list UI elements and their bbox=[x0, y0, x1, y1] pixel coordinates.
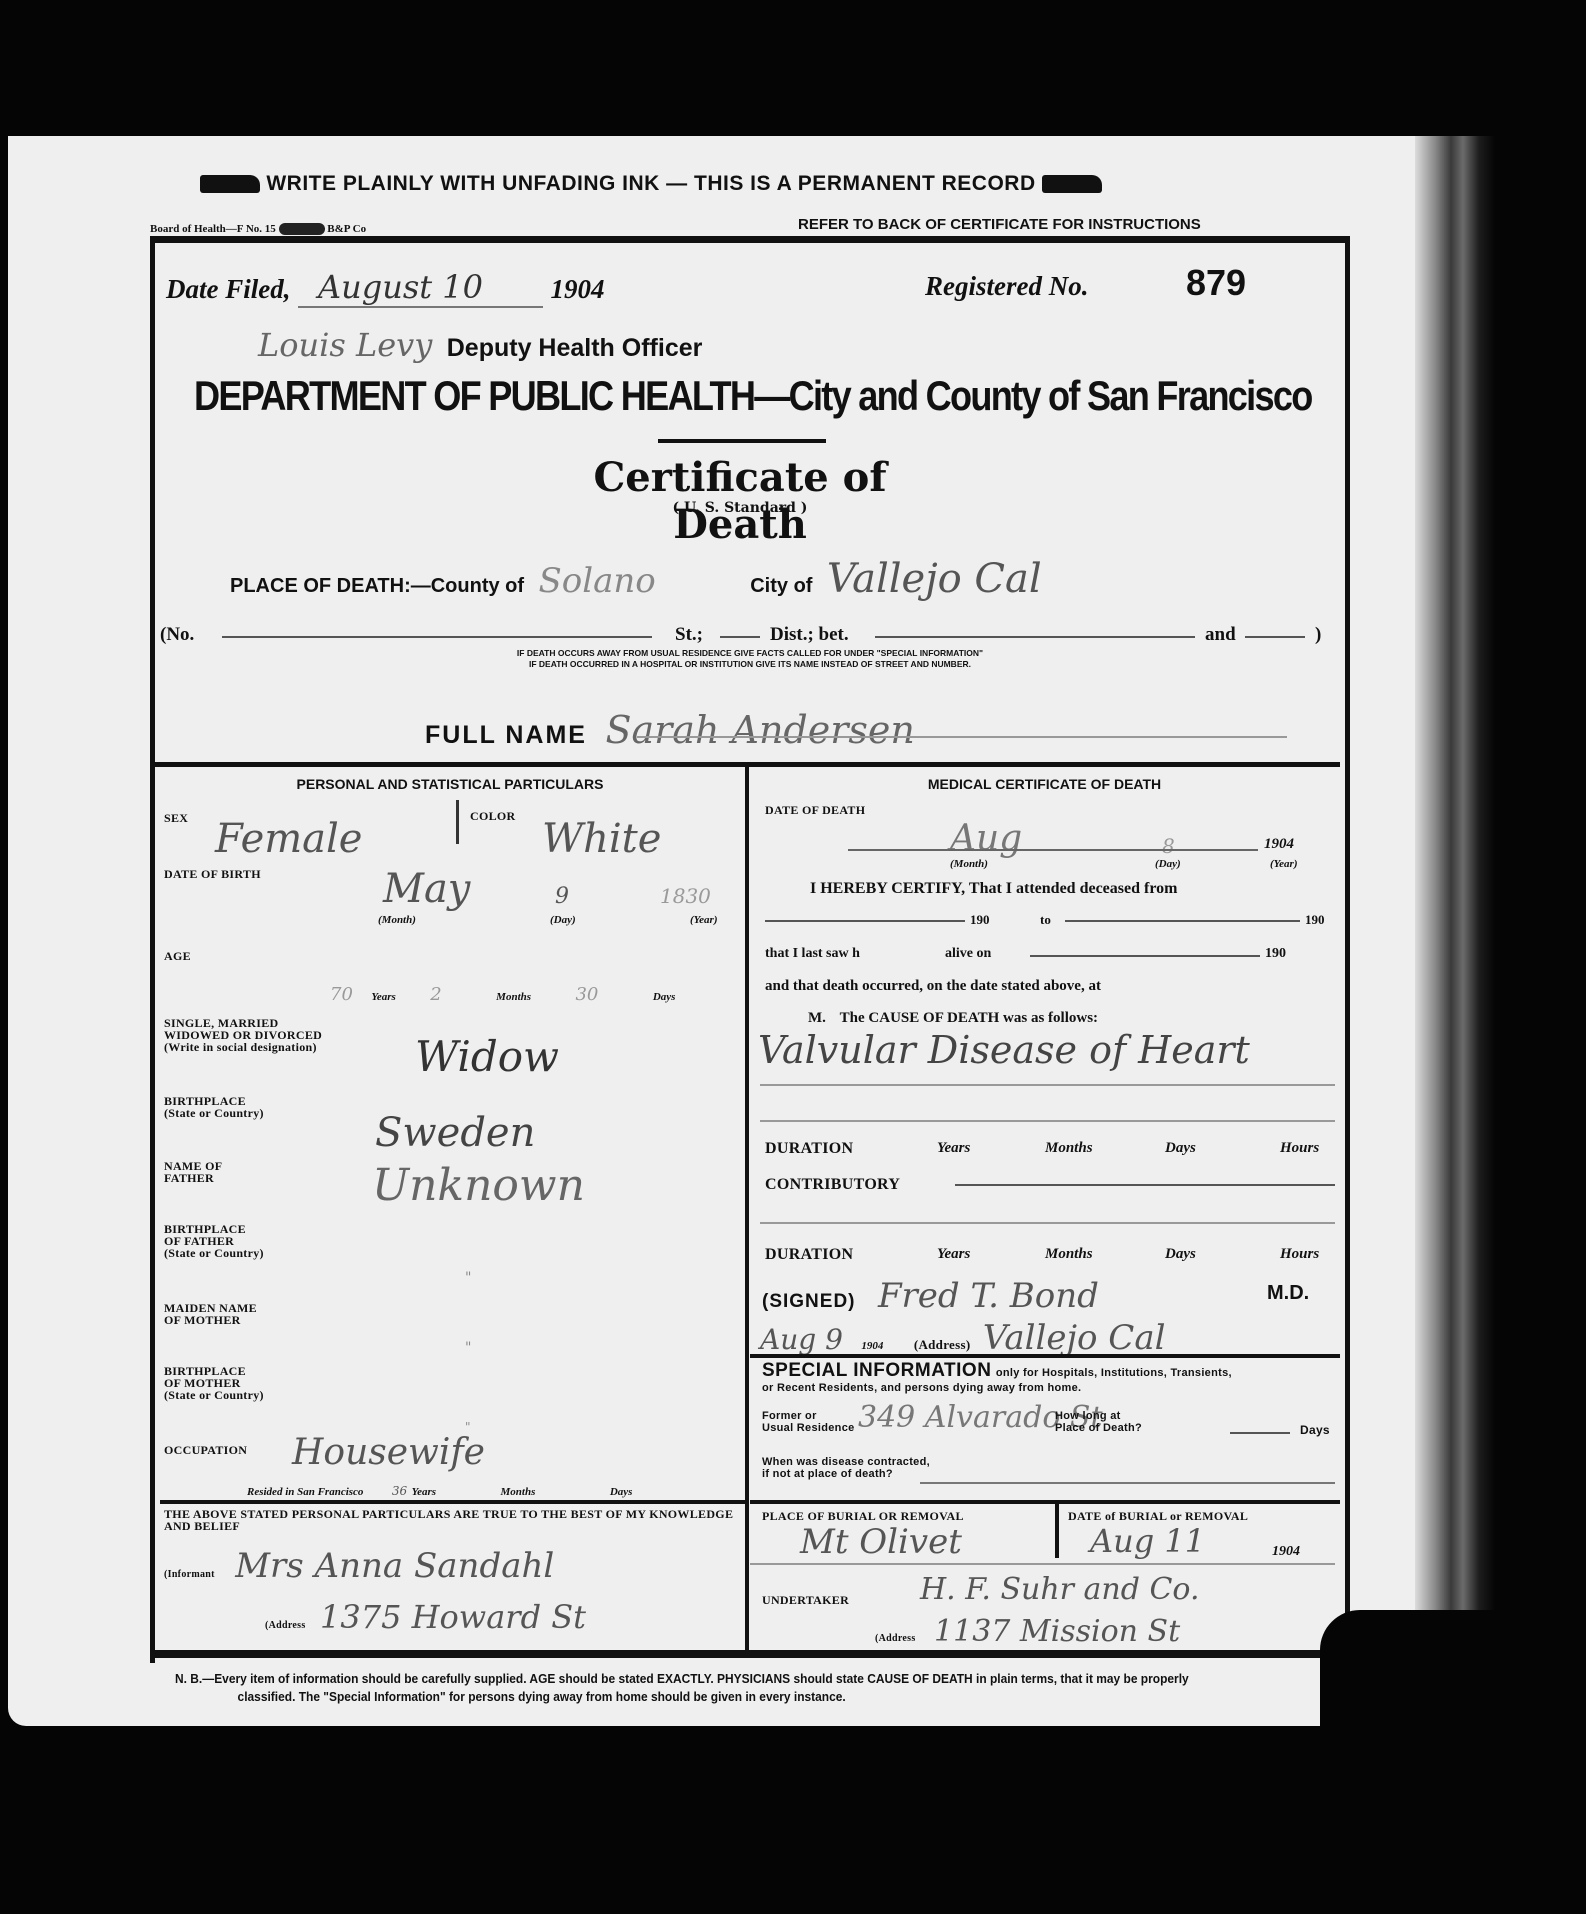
place-label: PLACE OF DEATH:—County of bbox=[230, 575, 524, 597]
and-label: and bbox=[1205, 624, 1236, 646]
sex-color-divider bbox=[456, 800, 459, 844]
notice-text: WRITE PLAINLY WITH UNFADING INK — THIS I… bbox=[266, 172, 1035, 195]
st-label: St.; bbox=[675, 624, 703, 646]
place-of-death-row: PLACE OF DEATH:—County of Solano City of… bbox=[230, 556, 1042, 602]
how-long-label-1: How long at bbox=[1055, 1410, 1142, 1422]
duration-row: DURATION Years Months Days Hours bbox=[765, 1140, 1335, 1158]
city-value: Vallejo Cal bbox=[827, 556, 1042, 602]
physician-address-label: (Address) bbox=[914, 1337, 971, 1352]
age-years: 70 bbox=[330, 984, 353, 1005]
age-label: AGE bbox=[164, 950, 191, 962]
full-name-row: FULL NAME Sarah Andersen bbox=[425, 708, 1325, 752]
informant-address-label: (Address bbox=[265, 1620, 306, 1631]
how-long-label-2: Place of Death? bbox=[1055, 1422, 1142, 1434]
special-heading-text: SPECIAL INFORMATION bbox=[762, 1360, 991, 1381]
department-title: DEPARTMENT OF PUBLIC HEALTH—City and Cou… bbox=[194, 372, 1149, 420]
physician-address: Vallejo Cal bbox=[983, 1318, 1166, 1358]
duration-hours: Hours bbox=[1280, 1140, 1319, 1157]
duration-years-2: Years bbox=[937, 1246, 970, 1263]
signed-row: (SIGNED) Fred T. Bond M.D. bbox=[762, 1276, 1337, 1316]
father-bp-label-3: (State or Country) bbox=[164, 1247, 264, 1259]
column-divider bbox=[745, 762, 749, 1650]
age-months-label: Months bbox=[496, 991, 531, 1003]
how-long-line bbox=[1230, 1432, 1290, 1434]
father-label: NAME OF FATHER bbox=[164, 1160, 222, 1184]
birthplace-label-2: (State or Country) bbox=[164, 1107, 264, 1119]
residence-label-2: Usual Residence bbox=[762, 1422, 855, 1434]
cause-label-row: M. The CAUSE OF DEATH was as follows: bbox=[808, 1010, 1098, 1027]
dod-day: 8 bbox=[1162, 834, 1175, 858]
informant-name: Mrs Anna Sandahl bbox=[235, 1546, 554, 1586]
union-seal-icon bbox=[279, 223, 325, 235]
undertaker-address-row: (Address 1137 Mission St bbox=[875, 1614, 1180, 1649]
special-divider bbox=[750, 1354, 1340, 1358]
undertaker-address-label: (Address bbox=[875, 1633, 916, 1644]
resided-days-label: Days bbox=[610, 1486, 633, 1498]
burial-place-label: PLACE OF BURIAL OR REMOVAL bbox=[762, 1510, 964, 1522]
duration-months: Months bbox=[1045, 1140, 1093, 1157]
signed-date: Aug 9 bbox=[760, 1323, 843, 1356]
pointing-hand-icon bbox=[200, 175, 260, 193]
father-birthplace-label: BIRTHPLACE OF FATHER (State or Country) bbox=[164, 1223, 264, 1259]
no-label: (No. bbox=[160, 624, 194, 645]
dist-label: Dist.; bet. bbox=[770, 624, 849, 646]
mother-label-2: OF MOTHER bbox=[164, 1314, 257, 1326]
st-line bbox=[720, 636, 760, 638]
resided-years: 36 bbox=[392, 1484, 407, 1498]
pointing-hand-icon bbox=[1042, 175, 1102, 193]
day-label: (Day) bbox=[550, 914, 576, 926]
informant-row: (Informant Mrs Anna Sandahl bbox=[164, 1546, 554, 1586]
cause-label: The CAUSE OF DEATH was as follows: bbox=[840, 1010, 1098, 1026]
cause-value: Valvular Disease of Heart bbox=[758, 1028, 1250, 1072]
sex-label: SEX bbox=[164, 812, 188, 824]
resided-label: Resided in San Francisco bbox=[247, 1486, 363, 1498]
dod-day-label: (Day) bbox=[1155, 858, 1181, 870]
residence-note-1: IF DEATH OCCURS AWAY FROM USUAL RESIDENC… bbox=[310, 648, 1190, 659]
undertaker-label: UNDERTAKER bbox=[762, 1594, 849, 1606]
contracted-label-1: When was disease contracted, bbox=[762, 1456, 930, 1468]
burial-divider bbox=[750, 1500, 1340, 1504]
personal-heading: PERSONAL AND STATISTICAL PARTICULARS bbox=[160, 776, 740, 792]
signed-date-row: Aug 9 1904 (Address) Vallejo Cal bbox=[760, 1318, 1335, 1358]
duration-label: DURATION bbox=[765, 1140, 853, 1157]
burial-place-value: Mt Olivet bbox=[800, 1522, 962, 1562]
dod-line bbox=[848, 849, 1258, 851]
dod-label: DATE OF DEATH bbox=[765, 804, 865, 816]
burial-line bbox=[750, 1563, 1335, 1565]
contracted-label: When was disease contracted, if not at p… bbox=[762, 1456, 930, 1480]
marital-value: Widow bbox=[415, 1032, 559, 1081]
medical-heading: MEDICAL CERTIFICATE OF DEATH bbox=[752, 776, 1337, 792]
informant-address-row: (Address 1375 Howard St bbox=[265, 1598, 586, 1636]
board-ref: Board of Health—F No. 15 B&P Co bbox=[150, 223, 366, 235]
cause-line-2 bbox=[760, 1120, 1335, 1122]
age-days-label: Days bbox=[653, 991, 676, 1003]
to-label: to bbox=[1040, 912, 1051, 928]
father-value: Unknown bbox=[372, 1160, 585, 1211]
contributory-row: CONTRIBUTORY bbox=[765, 1176, 900, 1194]
date-filed-row: Date Filed, August 10 1904 bbox=[166, 268, 605, 306]
residence-note-2: IF DEATH OCCURRED IN A HOSPITAL OR INSTI… bbox=[310, 659, 1190, 670]
informant-label: (Informant bbox=[164, 1569, 215, 1580]
registered-label: Registered No. bbox=[925, 271, 1088, 301]
color-label: COLOR bbox=[470, 810, 516, 822]
resided-row: Resided in San Francisco 36 Years Months… bbox=[247, 1482, 737, 1500]
resided-years-label: Years bbox=[412, 1486, 436, 1498]
burial-date-label: DATE of BURIAL or REMOVAL bbox=[1068, 1510, 1248, 1522]
notice-header: WRITE PLAINLY WITH UNFADING INK — THIS I… bbox=[200, 172, 1102, 196]
dod-year-label: (Year) bbox=[1270, 858, 1298, 870]
age-row: 70 Years 2 Months 30 Days bbox=[330, 984, 740, 1005]
page-corner-shadow bbox=[1320, 1610, 1500, 1750]
birthplace-label: BIRTHPLACE (State or Country) bbox=[164, 1095, 264, 1119]
informant-attestation: THE ABOVE STATED PERSONAL PARTICULARS AR… bbox=[164, 1508, 739, 1532]
to-190: 190 bbox=[1305, 912, 1325, 928]
board-ref-text: Board of Health—F No. 15 bbox=[150, 223, 276, 235]
date-filed-year: 1904 bbox=[551, 274, 605, 304]
officer-title: Deputy Health Officer bbox=[447, 334, 703, 362]
residence-note: IF DEATH OCCURS AWAY FROM USUAL RESIDENC… bbox=[310, 648, 1190, 670]
contributory-label: CONTRIBUTORY bbox=[765, 1176, 900, 1193]
officer-row: Louis Levy Deputy Health Officer bbox=[258, 326, 702, 364]
registered-row: Registered No. 879 bbox=[925, 262, 1246, 304]
officer-signature: Louis Levy bbox=[258, 326, 432, 364]
resided-months-label: Months bbox=[501, 1486, 536, 1498]
marital-label: SINGLE, MARRIED WIDOWED OR DIVORCED (Wri… bbox=[164, 1017, 322, 1053]
dod-year: 1904 bbox=[1264, 836, 1294, 853]
special-heading-sub: only for Hospitals, Institutions, Transi… bbox=[996, 1367, 1232, 1379]
occupation-label: OCCUPATION bbox=[164, 1444, 247, 1456]
year-label: (Year) bbox=[690, 914, 718, 926]
mother-birthplace-label: BIRTHPLACE OF MOTHER (State or Country) bbox=[164, 1365, 264, 1401]
date-filed-value: August 10 bbox=[298, 268, 543, 308]
burial-date-value: Aug 11 bbox=[1090, 1522, 1205, 1560]
duration-months-2: Months bbox=[1045, 1246, 1093, 1263]
book-binding bbox=[1415, 136, 1495, 1636]
residence-label: Former or Usual Residence bbox=[762, 1410, 855, 1434]
registered-number: 879 bbox=[1186, 262, 1246, 303]
full-name-line bbox=[637, 736, 1287, 738]
street-row: (No. St.; Dist.; bet. and ) bbox=[160, 624, 1330, 646]
occurred-text: and that death occurred, on the date sta… bbox=[765, 978, 1101, 995]
dod-month-label: (Month) bbox=[950, 858, 988, 870]
informant-divider bbox=[160, 1500, 745, 1504]
duration-days: Days bbox=[1165, 1140, 1196, 1157]
md-label: M.D. bbox=[1267, 1282, 1309, 1305]
full-name-label: FULL NAME bbox=[425, 721, 587, 749]
bottom-rule bbox=[150, 1650, 1350, 1658]
sex-value: Female bbox=[215, 816, 362, 862]
duration-label-2: DURATION bbox=[765, 1246, 853, 1263]
father-birthplace-value: " bbox=[465, 1270, 471, 1286]
special-heading-sub2: or Recent Residents, and persons dying a… bbox=[762, 1382, 1337, 1394]
special-heading: SPECIAL INFORMATION only for Hospitals, … bbox=[762, 1360, 1337, 1394]
mother-label: MAIDEN NAME OF MOTHER bbox=[164, 1302, 257, 1326]
no-line bbox=[222, 636, 652, 638]
undertaker-address: 1137 Mission St bbox=[934, 1614, 1180, 1649]
printer-text: B&P Co bbox=[327, 223, 366, 235]
cause-line-1 bbox=[760, 1084, 1335, 1086]
us-standard-label: ( U. S. Standard ) bbox=[540, 500, 940, 516]
from-190: 190 bbox=[970, 912, 990, 928]
contracted-label-2: if not at place of death? bbox=[762, 1468, 930, 1480]
dob-year: 1830 bbox=[660, 884, 711, 908]
burial-year: 1904 bbox=[1272, 1544, 1300, 1560]
dob-month: May bbox=[383, 866, 470, 912]
physician-signature: Fred T. Bond bbox=[878, 1276, 1099, 1316]
mother-bp-label-3: (State or Country) bbox=[164, 1389, 264, 1401]
contributory-line bbox=[955, 1184, 1335, 1186]
and-line bbox=[1245, 636, 1305, 638]
city-label: City of bbox=[750, 575, 812, 597]
marital-label-3: (Write in social designation) bbox=[164, 1041, 322, 1053]
m-label: M. bbox=[808, 1010, 826, 1026]
age-days: 30 bbox=[575, 984, 598, 1005]
color-value: White bbox=[542, 816, 661, 862]
duration-row-2: DURATION Years Months Days Hours bbox=[765, 1246, 1335, 1264]
duration-days-2: Days bbox=[1165, 1246, 1196, 1263]
how-long-days: Days bbox=[1300, 1424, 1330, 1436]
signed-label: (SIGNED) bbox=[762, 1291, 856, 1312]
informant-address: 1375 Howard St bbox=[320, 1598, 586, 1636]
date-filed-label: Date Filed, bbox=[166, 274, 290, 304]
alive-on-text: alive on bbox=[945, 946, 991, 962]
signed-year: 1904 bbox=[861, 1340, 883, 1352]
burial-column-divider bbox=[1055, 1500, 1059, 1558]
duration-years: Years bbox=[937, 1140, 970, 1157]
last-saw-row: that I last saw h alive on 190 bbox=[765, 946, 1335, 962]
occupation-value: Housewife bbox=[292, 1432, 485, 1473]
undertaker-value: H. F. Suhr and Co. bbox=[920, 1572, 1200, 1607]
alive-190: 190 bbox=[1265, 946, 1286, 962]
residence-label-1: Former or bbox=[762, 1410, 855, 1422]
contributory-line-2 bbox=[760, 1222, 1335, 1224]
father-label-2: FATHER bbox=[164, 1172, 222, 1184]
last-saw-text: that I last saw h bbox=[765, 946, 860, 961]
contracted-line bbox=[920, 1482, 1335, 1484]
full-name-value: Sarah Andersen bbox=[605, 708, 914, 752]
birthplace-value: Sweden bbox=[375, 1110, 535, 1156]
age-years-label: Years bbox=[371, 991, 395, 1003]
dist-line bbox=[875, 636, 1195, 638]
month-label: (Month) bbox=[378, 914, 416, 926]
duration-hours-2: Hours bbox=[1280, 1246, 1319, 1263]
mother-value: " bbox=[465, 1340, 471, 1356]
how-long-label: How long at Place of Death? bbox=[1055, 1410, 1142, 1434]
age-months: 2 bbox=[430, 984, 441, 1005]
title-divider bbox=[658, 439, 826, 443]
dob-label: DATE OF BIRTH bbox=[164, 868, 261, 880]
footer-note: N. B.—Every item of information should b… bbox=[175, 1670, 1213, 1706]
dob-day: 9 bbox=[555, 884, 569, 909]
certify-text: I HEREBY CERTIFY, That I attended deceas… bbox=[810, 880, 1177, 898]
refer-instructions: REFER TO BACK OF CERTIFICATE FOR INSTRUC… bbox=[798, 216, 1201, 233]
dod-month: Aug bbox=[950, 818, 1022, 859]
county-value: Solano bbox=[539, 561, 656, 601]
